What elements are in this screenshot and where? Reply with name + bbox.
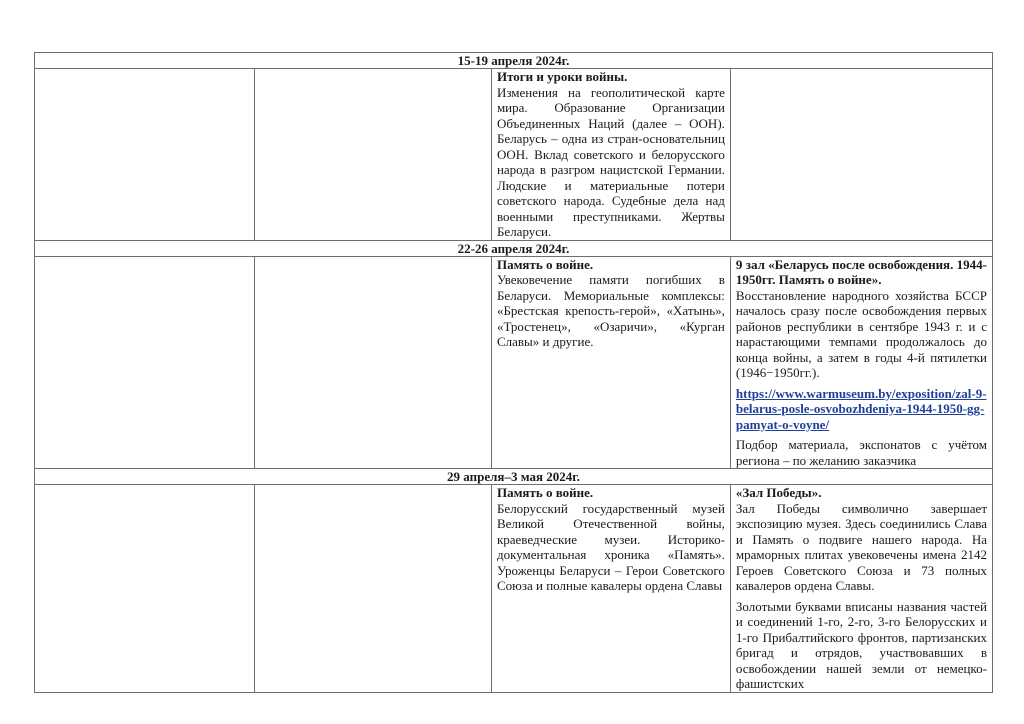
museum-hall-link[interactable]: https://www.warmuseum.by/exposition/zal-… — [736, 386, 987, 433]
topic-text: Изменения на геополитической карте мира.… — [497, 85, 725, 240]
cell-col2 — [255, 485, 492, 693]
museum-hall-title: 9 зал «Беларусь после освобождения. 1944… — [736, 257, 987, 288]
schedule-table: 15-19 апреля 2024г. Итоги и уроки войны.… — [34, 52, 993, 693]
week-header-row: 29 апреля–3 мая 2024г. — [35, 469, 993, 485]
museum-hall-title: «Зал Победы». — [736, 485, 987, 501]
cell-museum: 9 зал «Беларусь после освобождения. 1944… — [730, 256, 992, 469]
week-date-header: 22-26 апреля 2024г. — [35, 240, 993, 256]
cell-col1 — [35, 69, 255, 241]
week-date-header: 15-19 апреля 2024г. — [35, 53, 993, 69]
cell-col2 — [255, 69, 492, 241]
week-header-row: 15-19 апреля 2024г. — [35, 53, 993, 69]
table-row: Итоги и уроки войны. Изменения на геопол… — [35, 69, 993, 241]
topic-text: Увековечение памяти погибших в Беларуси.… — [497, 272, 725, 350]
week-date-header: 29 апреля–3 мая 2024г. — [35, 469, 993, 485]
table-row: Память о войне. Белорусский государствен… — [35, 485, 993, 693]
museum-hall-text: Восстановление народного хозяйства БССР … — [736, 288, 987, 381]
topic-title: Память о войне. — [497, 257, 725, 273]
week-header-row: 22-26 апреля 2024г. — [35, 240, 993, 256]
museum-hall-note: Подбор материала, экспонатов с учётом ре… — [736, 437, 987, 468]
topic-title: Память о войне. — [497, 485, 725, 501]
topic-text: Белорусский государственный музей Велико… — [497, 501, 725, 594]
cell-col1 — [35, 256, 255, 469]
cell-topic: Память о войне. Белорусский государствен… — [491, 485, 730, 693]
table-row: Память о войне. Увековечение памяти поги… — [35, 256, 993, 469]
cell-topic: Итоги и уроки войны. Изменения на геопол… — [491, 69, 730, 241]
cell-col1 — [35, 485, 255, 693]
cell-topic: Память о войне. Увековечение памяти поги… — [491, 256, 730, 469]
cell-col2 — [255, 256, 492, 469]
cell-museum — [730, 69, 992, 241]
museum-hall-text-2: Золотыми буквами вписаны названия частей… — [736, 599, 987, 692]
museum-hall-text: Зал Победы символично завершает экспозиц… — [736, 501, 987, 594]
cell-museum: «Зал Победы». Зал Победы символично заве… — [730, 485, 992, 693]
topic-title: Итоги и уроки войны. — [497, 69, 725, 85]
